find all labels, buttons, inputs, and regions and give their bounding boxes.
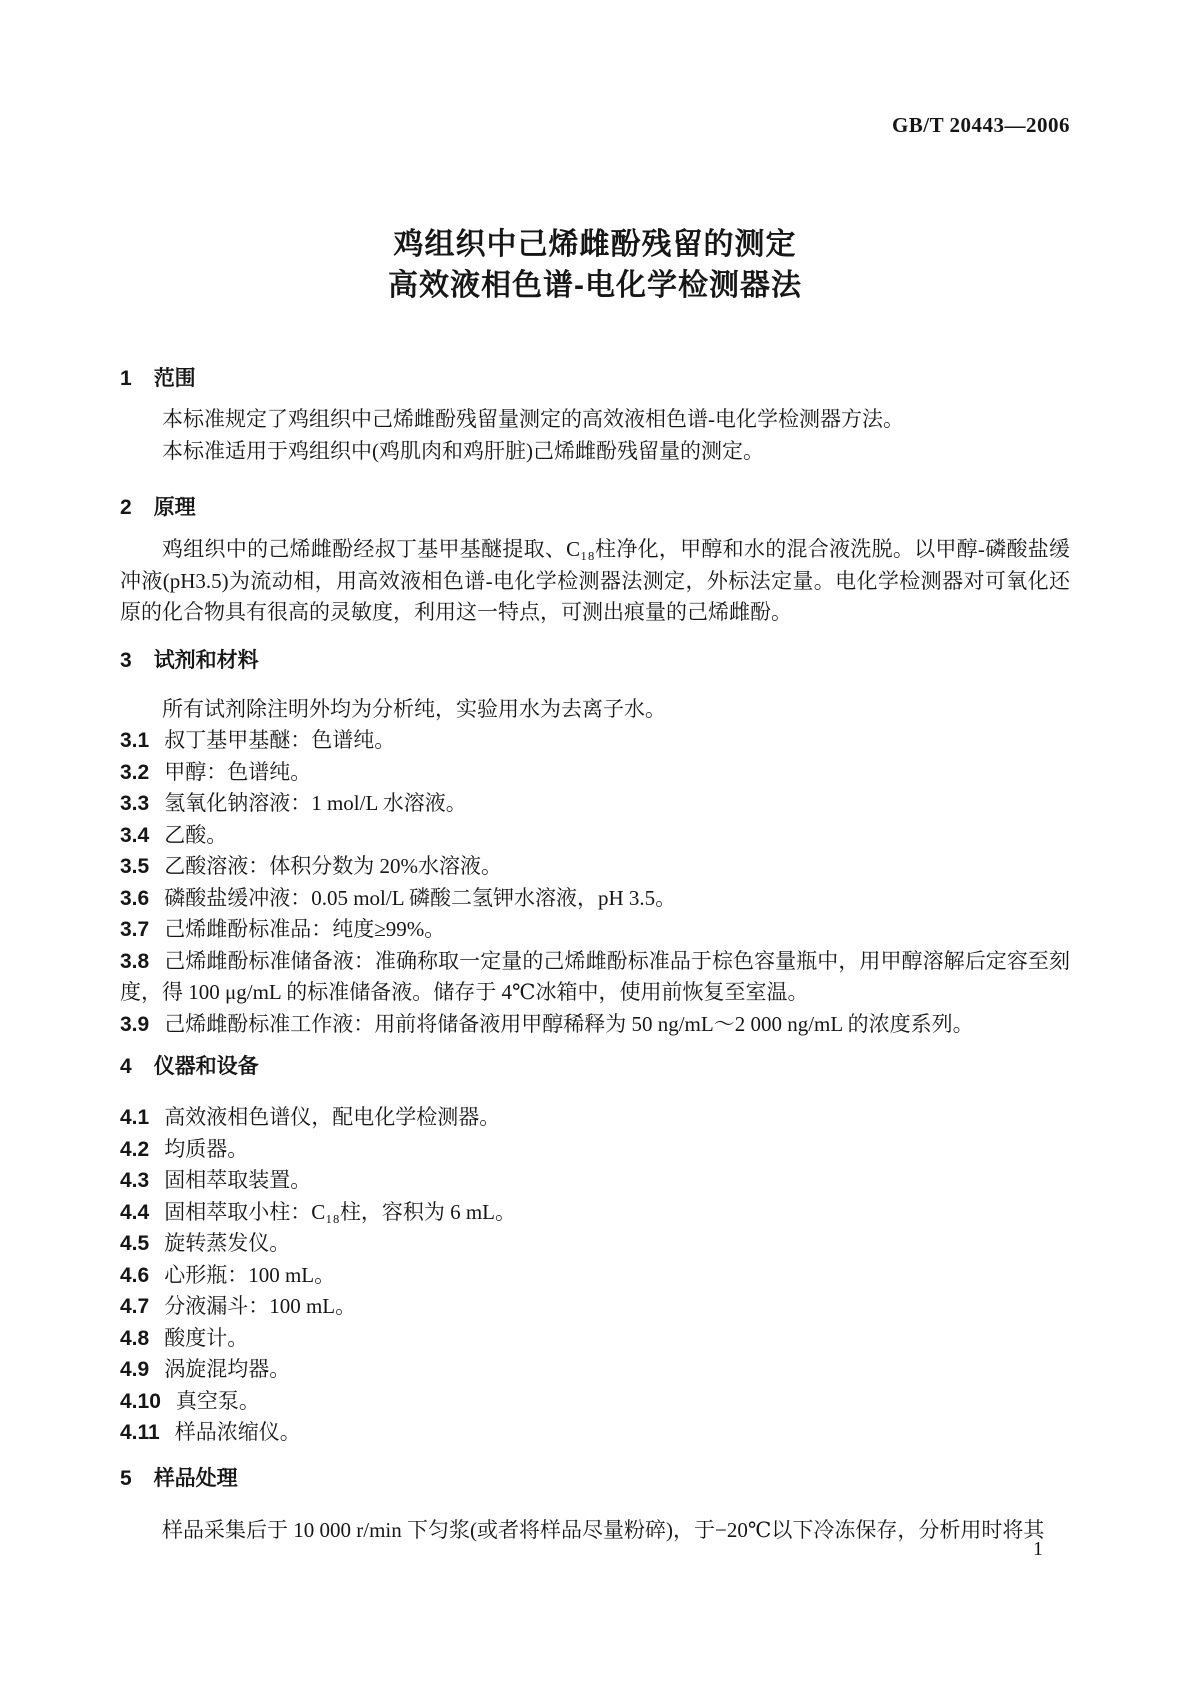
- document-title-line1: 鸡组织中己烯雌酚残留的测定: [120, 224, 1070, 265]
- paragraph: 本标准规定了鸡组织中己烯雌酚残留量测定的高效液相色谱-电化学检测器方法。: [120, 404, 1070, 436]
- section-heading-sample-handling: 5样品处理: [120, 1466, 1070, 1492]
- section-title: 范围: [154, 367, 196, 390]
- paragraph: 鸡组织中的己烯雌酚经叔丁基甲基醚提取、C₁₈柱净化，甲醇和水的混合液洗脱。以甲醇…: [120, 534, 1070, 629]
- paragraph: 样品采集后于 10 000 r/min 下匀浆(或者将样品尽量粉碎)，于−20℃…: [120, 1515, 1070, 1547]
- section-heading-scope: 1范围: [120, 366, 1070, 392]
- clause-number: 3.9: [120, 1013, 149, 1036]
- clause-item: 4.5旋转蒸发仪。: [120, 1228, 1070, 1260]
- clause-item: 4.11样品浓缩仪。: [120, 1417, 1070, 1449]
- clause-item: 4.10真空泵。: [120, 1386, 1070, 1418]
- clause-text: 心形瓶：100 mL。: [164, 1263, 335, 1287]
- clause-text: 固相萃取小柱：C₁₈柱，容积为 6 mL。: [164, 1200, 516, 1224]
- section-number: 4: [120, 1054, 132, 1080]
- clause-item: 3.6磷酸盐缓冲液：0.05 mol/L 磷酸二氢钾水溶液，pH 3.5。: [120, 883, 1070, 915]
- section-title: 原理: [154, 496, 196, 519]
- clause-item: 3.7己烯雌酚标准品：纯度≥99%。: [120, 914, 1070, 946]
- paragraph: 所有试剂除注明外均为分析纯，实验用水为去离子水。: [120, 694, 1070, 726]
- clause-number: 4.3: [120, 1169, 149, 1192]
- clause-item: 3.5乙酸溶液：体积分数为 20%水溶液。: [120, 851, 1070, 883]
- section-title: 样品处理: [154, 1467, 238, 1490]
- clause-item: 3.3氢氧化钠溶液：1 mol/L 水溶液。: [120, 788, 1070, 820]
- document-title: 鸡组织中己烯雌酚残留的测定 高效液相色谱-电化学检测器法: [120, 224, 1070, 306]
- clause-text: 己烯雌酚标准工作液：用前将储备液用甲醇稀释为 50 ng/mL～2 000 ng…: [164, 1012, 973, 1036]
- clause-number: 3.1: [120, 729, 149, 752]
- clause-number: 4.6: [120, 1264, 149, 1287]
- clause-text: 真空泵。: [176, 1389, 260, 1413]
- clause-number: 3.6: [120, 887, 149, 910]
- clause-number: 4.8: [120, 1327, 149, 1350]
- document-page: GB/T 20443—2006 鸡组织中己烯雌酚残留的测定 高效液相色谱-电化学…: [0, 0, 1191, 1684]
- clause-text: 固相萃取装置。: [164, 1168, 311, 1192]
- clause-text: 磷酸盐缓冲液：0.05 mol/L 磷酸二氢钾水溶液，pH 3.5。: [164, 886, 676, 910]
- clause-number: 4.7: [120, 1295, 149, 1318]
- clause-number: 3.8: [120, 950, 149, 973]
- clause-item: 4.1高效液相色谱仪，配电化学检测器。: [120, 1102, 1070, 1134]
- clause-item: 4.7分液漏斗：100 mL。: [120, 1291, 1070, 1323]
- section-title: 试剂和材料: [154, 649, 259, 672]
- clause-text: 氢氧化钠溶液：1 mol/L 水溶液。: [164, 791, 467, 815]
- clause-number: 4.9: [120, 1358, 149, 1381]
- clause-item: 3.2甲醇：色谱纯。: [120, 757, 1070, 789]
- document-title-line2: 高效液相色谱-电化学检测器法: [120, 265, 1070, 306]
- clause-number: 4.5: [120, 1232, 149, 1255]
- clause-item: 4.6心形瓶：100 mL。: [120, 1260, 1070, 1292]
- clause-item: 3.4乙酸。: [120, 820, 1070, 852]
- clause-number: 3.5: [120, 855, 149, 878]
- clause-text: 乙酸溶液：体积分数为 20%水溶液。: [164, 854, 502, 878]
- section-title: 仪器和设备: [154, 1055, 259, 1078]
- clause-text: 旋转蒸发仪。: [164, 1231, 290, 1255]
- clause-text: 分液漏斗：100 mL。: [164, 1294, 356, 1318]
- section-number: 1: [120, 366, 132, 392]
- clause-text: 高效液相色谱仪，配电化学检测器。: [164, 1105, 500, 1129]
- section-number: 3: [120, 648, 132, 674]
- section-heading-principle: 2原理: [120, 495, 1070, 521]
- clause-text: 乙酸。: [164, 823, 227, 847]
- clause-item: 4.8酸度计。: [120, 1323, 1070, 1355]
- clause-text: 均质器。: [164, 1137, 248, 1161]
- clause-text: 涡旋混均器。: [164, 1357, 290, 1381]
- section-number: 2: [120, 495, 132, 521]
- clause-number: 4.4: [120, 1201, 149, 1224]
- clause-number: 3.2: [120, 761, 149, 784]
- page-number: 1: [1033, 1538, 1043, 1561]
- section-heading-reagents: 3试剂和材料: [120, 648, 1070, 674]
- clause-item: 4.4固相萃取小柱：C₁₈柱，容积为 6 mL。: [120, 1197, 1070, 1229]
- standard-code: GB/T 20443—2006: [120, 0, 1070, 138]
- clause-text: 甲醇：色谱纯。: [164, 760, 311, 784]
- clause-number: 4.11: [120, 1421, 160, 1444]
- clause-text: 酸度计。: [164, 1326, 248, 1350]
- clause-item: 4.2均质器。: [120, 1134, 1070, 1166]
- clause-number: 3.3: [120, 792, 149, 815]
- clause-text: 叔丁基甲基醚：色谱纯。: [164, 728, 395, 752]
- clause-number: 4.1: [120, 1106, 149, 1129]
- clause-item: 4.3固相萃取装置。: [120, 1165, 1070, 1197]
- clause-item: 3.1叔丁基甲基醚：色谱纯。: [120, 725, 1070, 757]
- clause-number: 4.10: [120, 1390, 161, 1413]
- clause-item: 3.8己烯雌酚标准储备液：准确称取一定量的己烯雌酚标准品于棕色容量瓶中，用甲醇溶…: [120, 946, 1070, 1009]
- section-number: 5: [120, 1466, 132, 1492]
- clause-text: 己烯雌酚标准储备液：准确称取一定量的己烯雌酚标准品于棕色容量瓶中，用甲醇溶解后定…: [120, 949, 1070, 1005]
- clause-text: 己烯雌酚标准品：纯度≥99%。: [164, 917, 445, 941]
- clause-number: 3.4: [120, 824, 149, 847]
- clause-number: 3.7: [120, 918, 149, 941]
- section-heading-apparatus: 4仪器和设备: [120, 1054, 1070, 1080]
- clause-item: 3.9己烯雌酚标准工作液：用前将储备液用甲醇稀释为 50 ng/mL～2 000…: [120, 1009, 1070, 1041]
- clause-text: 样品浓缩仪。: [175, 1420, 301, 1444]
- clause-number: 4.2: [120, 1138, 149, 1161]
- paragraph: 本标准适用于鸡组织中(鸡肌肉和鸡肝脏)己烯雌酚残留量的测定。: [120, 436, 1070, 468]
- clause-item: 4.9涡旋混均器。: [120, 1354, 1070, 1386]
